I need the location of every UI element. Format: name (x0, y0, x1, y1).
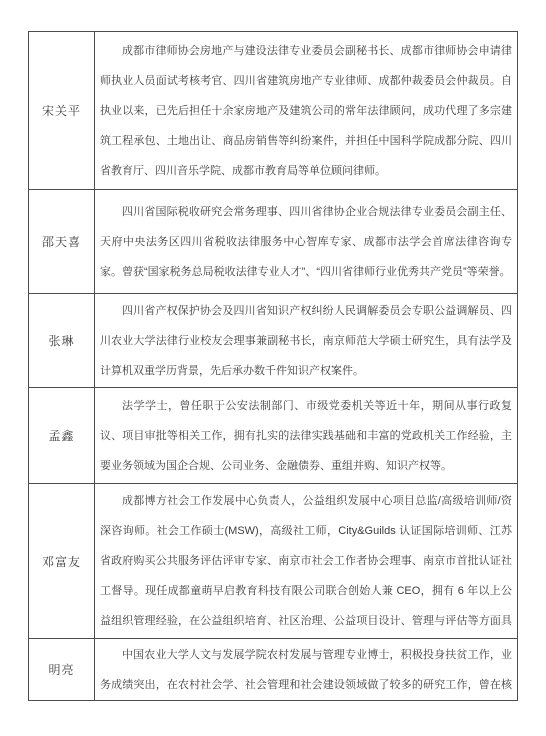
person-name: 张琳 (29, 294, 95, 388)
table-row: 邓富友 成都博方社会工作发展中心负责人，公益组织发展中心项目总监/高级培训师/资… (29, 484, 518, 639)
person-name: 宋关平 (29, 32, 95, 190)
person-bio-cell: 中国农业大学人文与发展学院农村发展与管理专业博士，积极投身扶贫工作，业务成绩突出… (95, 639, 518, 701)
person-bio-cell: 四川省产权保护协会及四川省知识产权纠纷人民调解委员会专职公益调解员、四川农业大学… (95, 294, 518, 388)
person-bio-cell: 四川省国际税收研究会常务理事、四川省律协企业合规法律专业委员会副主任、天府中央法… (95, 190, 518, 294)
table-row: 明亮 中国农业大学人文与发展学院农村发展与管理专业博士，积极投身扶贫工作，业务成… (29, 639, 518, 701)
person-bio-cell: 成都市律师协会房地产与建设法律专业委员会副秘书长、成都市律师协会申请律师执业人员… (95, 32, 518, 190)
person-bio: 成都博方社会工作发展中心负责人，公益组织发展中心项目总监/高级培训师/资深咨询师… (100, 486, 512, 636)
person-bio-cell: 成都博方社会工作发展中心负责人，公益组织发展中心项目总监/高级培训师/资深咨询师… (95, 484, 518, 639)
person-name: 邓富友 (29, 484, 95, 639)
bio-table: 宋关平 成都市律师协会房地产与建设法律专业委员会副秘书长、成都市律师协会申请律师… (28, 31, 518, 701)
document-page: 宋关平 成都市律师协会房地产与建设法律专业委员会副秘书长、成都市律师协会申请律师… (0, 0, 546, 736)
person-bio: 四川省产权保护协会及四川省知识产权纠纷人民调解委员会专职公益调解员、四川农业大学… (100, 296, 512, 386)
person-bio: 法学学士，曾任职于公安法制部门、市级党委机关等近十年，期间从事行政复议、项目审批… (100, 391, 512, 481)
person-bio: 四川省国际税收研究会常务理事、四川省律协企业合规法律专业委员会副主任、天府中央法… (100, 197, 512, 287)
person-bio-cell: 法学学士，曾任职于公安法制部门、市级党委机关等近十年，期间从事行政复议、项目审批… (95, 388, 518, 484)
person-bio: 中国农业大学人文与发展学院农村发展与管理专业博士，积极投身扶贫工作，业务成绩突出… (100, 640, 512, 700)
person-bio: 成都市律师协会房地产与建设法律专业委员会副秘书长、成都市律师协会申请律师执业人员… (100, 36, 512, 186)
table-row: 孟鑫 法学学士，曾任职于公安法制部门、市级党委机关等近十年，期间从事行政复议、项… (29, 388, 518, 484)
table-row: 邵天喜 四川省国际税收研究会常务理事、四川省律协企业合规法律专业委员会副主任、天… (29, 190, 518, 294)
person-name: 孟鑫 (29, 388, 95, 484)
table-row: 张琳 四川省产权保护协会及四川省知识产权纠纷人民调解委员会专职公益调解员、四川农… (29, 294, 518, 388)
person-name: 明亮 (29, 639, 95, 701)
table-row: 宋关平 成都市律师协会房地产与建设法律专业委员会副秘书长、成都市律师协会申请律师… (29, 32, 518, 190)
person-name: 邵天喜 (29, 190, 95, 294)
